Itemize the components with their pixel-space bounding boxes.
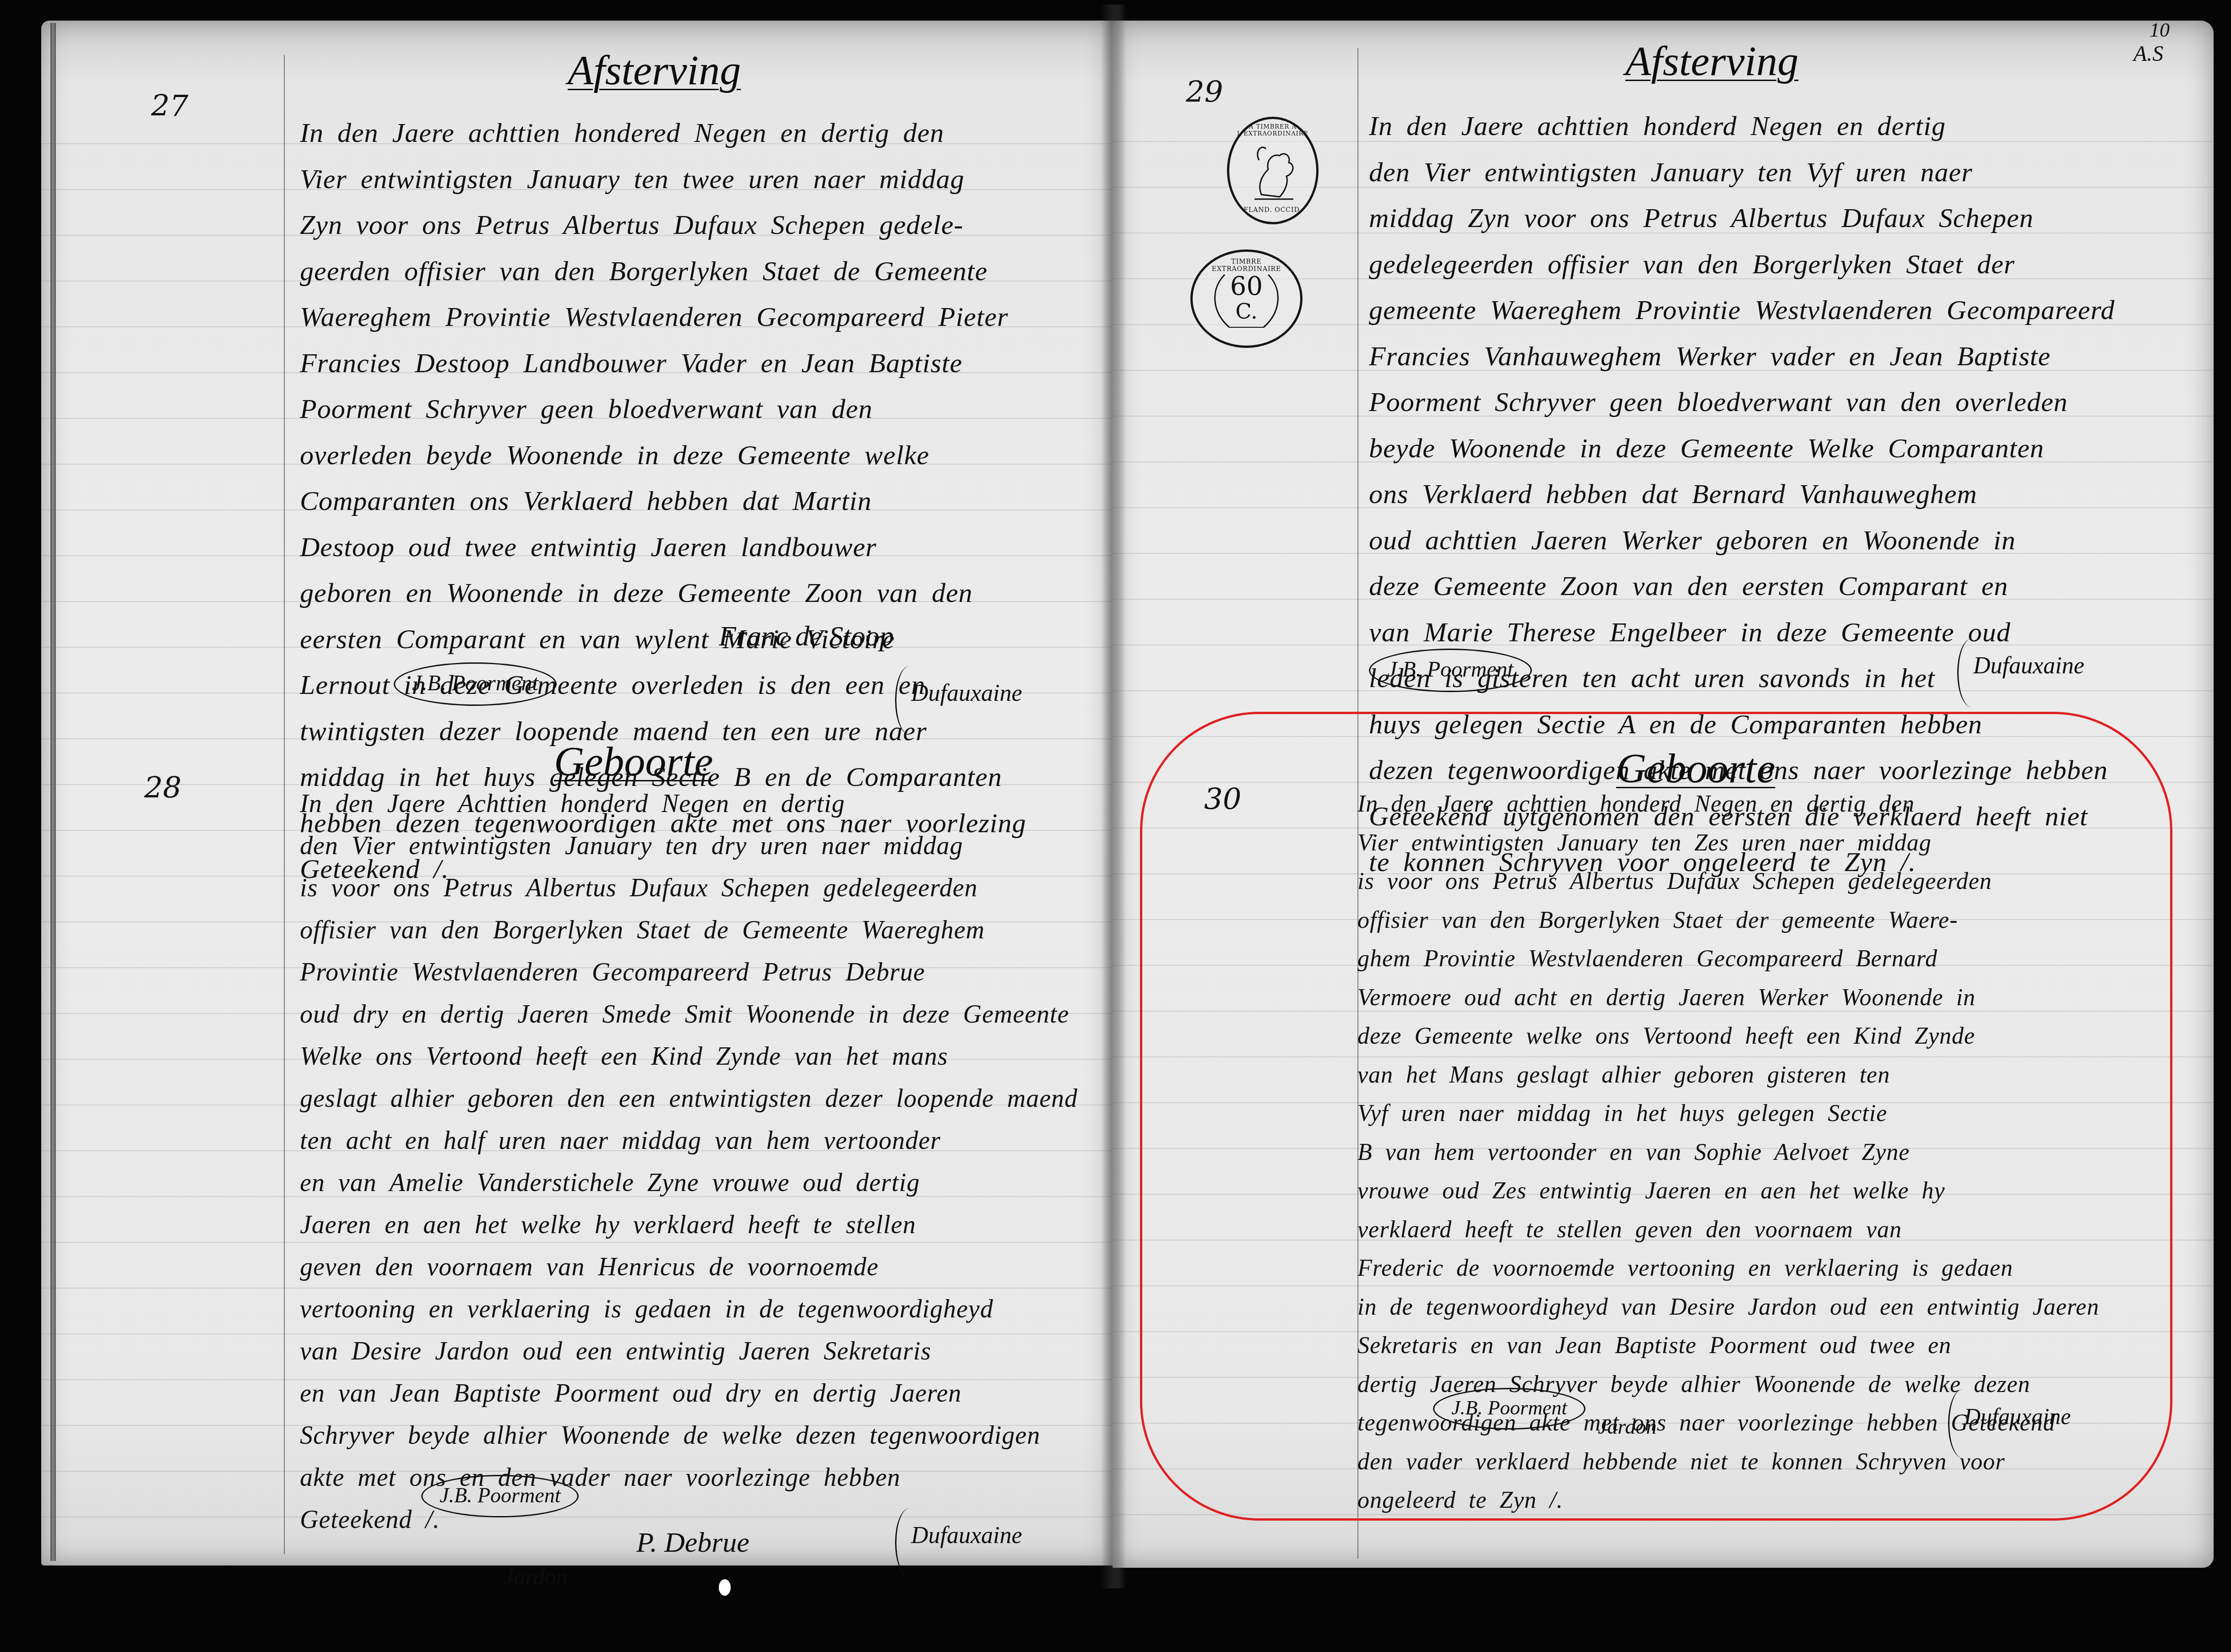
entry-number: 27 — [151, 89, 188, 123]
timbre-lion-stamp: FLAND. OCCID. A TIMBRER A L'EXTRAORDINAI… — [1227, 117, 1319, 224]
entry-line: Francies Destoop Landbouwer Vader en Jea… — [300, 340, 1087, 386]
dust-speck — [719, 1579, 731, 1596]
entry-line: akte met ons en den vader naer voorlezin… — [300, 1457, 1087, 1499]
signature: Dufauxaine — [911, 1522, 1022, 1549]
entry-heading: Geboorte — [554, 737, 713, 785]
page-number: 10 — [2150, 18, 2170, 42]
signature: J.B. Poorment — [440, 1483, 560, 1507]
entry-line: offisier van den Borgerlyken Staet de Ge… — [300, 909, 1087, 951]
entry-line: In den Jaere achttien hondered Negen en … — [300, 110, 1087, 156]
entry-line: In den Jaere achttien honderd Negen en d… — [1369, 103, 2175, 149]
highlight-annotation-entry-30[interactable] — [1140, 712, 2172, 1521]
stamp-value: 60 — [1230, 274, 1263, 299]
entry-line: Jaeren en aen het welke hy verklaerd hee… — [300, 1204, 1087, 1246]
entry-line: vertooning en verklaering is gedaen in d… — [300, 1288, 1087, 1330]
signature: J.B. Poorment — [1387, 657, 1514, 682]
entry-line: oud achttien Jaeren Werker geboren en Wo… — [1369, 517, 2175, 563]
book-spine — [1101, 5, 1126, 1588]
signature: Jardon — [504, 1563, 568, 1590]
corner-initials: A.S — [2133, 41, 2163, 66]
entry-line: den Vier entwintigsten January ten dry u… — [300, 825, 1087, 867]
entry-line: gedelegeerden offisier van den Borgerlyk… — [1369, 241, 2175, 287]
entry-line: geven den voornaem van Henricus de voorn… — [300, 1246, 1087, 1288]
entry-line: Poorment Schryver geen bloedverwant van … — [300, 386, 1087, 432]
entry-heading: Afsterving — [1625, 37, 1798, 85]
entry-line: geerden offisier van den Borgerlyken Sta… — [300, 248, 1087, 294]
stamp-bottom-text: FLAND. OCCID. — [1243, 206, 1302, 214]
timbre-60c-stamp: 60 C. TIMBRE EXTRAORDINAIRE — [1190, 249, 1303, 348]
entry-line: oud dry en dertig Jaeren Smede Smit Woon… — [300, 993, 1087, 1035]
entry-number: 28 — [144, 771, 181, 805]
entry-line: geboren en Woonende in deze Gemeente Zoo… — [300, 570, 1087, 616]
entry-line: middag Zyn voor ons Petrus Albertus Dufa… — [1369, 195, 2175, 241]
entry-line: Poorment Schryver geen bloedverwant van … — [1369, 379, 2175, 425]
entry-line: beyde Woonende in deze Gemeente Welke Co… — [1369, 425, 2175, 471]
entry-line: Francies Vanhauweghem Werker vader en Je… — [1369, 333, 2175, 379]
entry-line: is voor ons Petrus Albertus Dufaux Schep… — [300, 867, 1087, 909]
entry-line: ten acht en half uren naer middag van he… — [300, 1120, 1087, 1162]
signature: Dufauxaine — [1973, 652, 2084, 679]
left-page: 27 Afsterving In den Jaere achttien hond… — [41, 21, 1113, 1565]
entry-line: den Vier entwintigsten January ten Vyf u… — [1369, 149, 2175, 195]
scan-background: 27 Afsterving In den Jaere achttien hond… — [0, 0, 2231, 1652]
entry-line: en van Amelie Vanderstichele Zyne vrouwe… — [300, 1162, 1087, 1204]
stamp-ring-text: A TIMBRER A L'EXTRAORDINAIRE — [1234, 124, 1312, 137]
entry-line: Welke ons Vertoond heeft een Kind Zynde … — [300, 1035, 1087, 1078]
entry-line: geslagt alhier geboren den een entwintig… — [300, 1078, 1087, 1120]
entry-line: Zyn voor ons Petrus Albertus Dufaux Sche… — [300, 202, 1087, 248]
entry-line: Schryver beyde alhier Woonende de welke … — [300, 1414, 1087, 1457]
entry-heading: Afsterving — [568, 46, 741, 94]
entry-line: van Desire Jardon oud een entwintig Jaer… — [300, 1330, 1087, 1372]
stamp-unit: C. — [1235, 299, 1257, 324]
entry-body: In den Jaere Achttien honderd Negen en d… — [300, 783, 1087, 1541]
entry-line: deze Gemeente Zoon van den eersten Compa… — [1369, 563, 2175, 609]
entry-line: Provintie Westvlaenderen Gecompareerd Pe… — [300, 951, 1087, 993]
entry-number: 29 — [1186, 76, 1223, 109]
entry-line: gemeente Waereghem Provintie Westvlaende… — [1369, 287, 2175, 333]
entry-line: overleden beyde Woonende in deze Gemeent… — [300, 432, 1087, 478]
entry-line: Comparanten ons Verklaerd hebben dat Mar… — [300, 478, 1087, 524]
entry-line: ons Verklaerd hebben dat Bernard Vanhauw… — [1369, 471, 2175, 517]
binding-edge — [50, 23, 56, 1561]
margin-rule — [284, 55, 285, 1554]
entry-line: Vier entwintigsten January ten twee uren… — [300, 156, 1087, 202]
signature: Franc de Stoop — [719, 620, 894, 653]
entry-line: en van Jean Baptiste Poorment oud dry en… — [300, 1372, 1087, 1414]
entry-line: Waereghem Provintie Westvlaenderen Gecom… — [300, 294, 1087, 340]
entry-line: van Marie Therese Engelbeer in deze Geme… — [1369, 609, 2175, 655]
entry-line: Destoop oud twee entwintig Jaeren landbo… — [300, 524, 1087, 570]
signature: Dufauxaine — [911, 680, 1022, 707]
entry-line: eersten Comparant en van wylent Marie Vi… — [300, 616, 1087, 662]
stamp-ring-text: TIMBRE EXTRAORDINAIRE — [1201, 258, 1292, 273]
signature: P. Debrue — [636, 1527, 749, 1559]
entry-line: In den Jaere Achttien honderd Negen en d… — [300, 783, 1087, 825]
signature: J.B. Poorment — [412, 671, 538, 696]
